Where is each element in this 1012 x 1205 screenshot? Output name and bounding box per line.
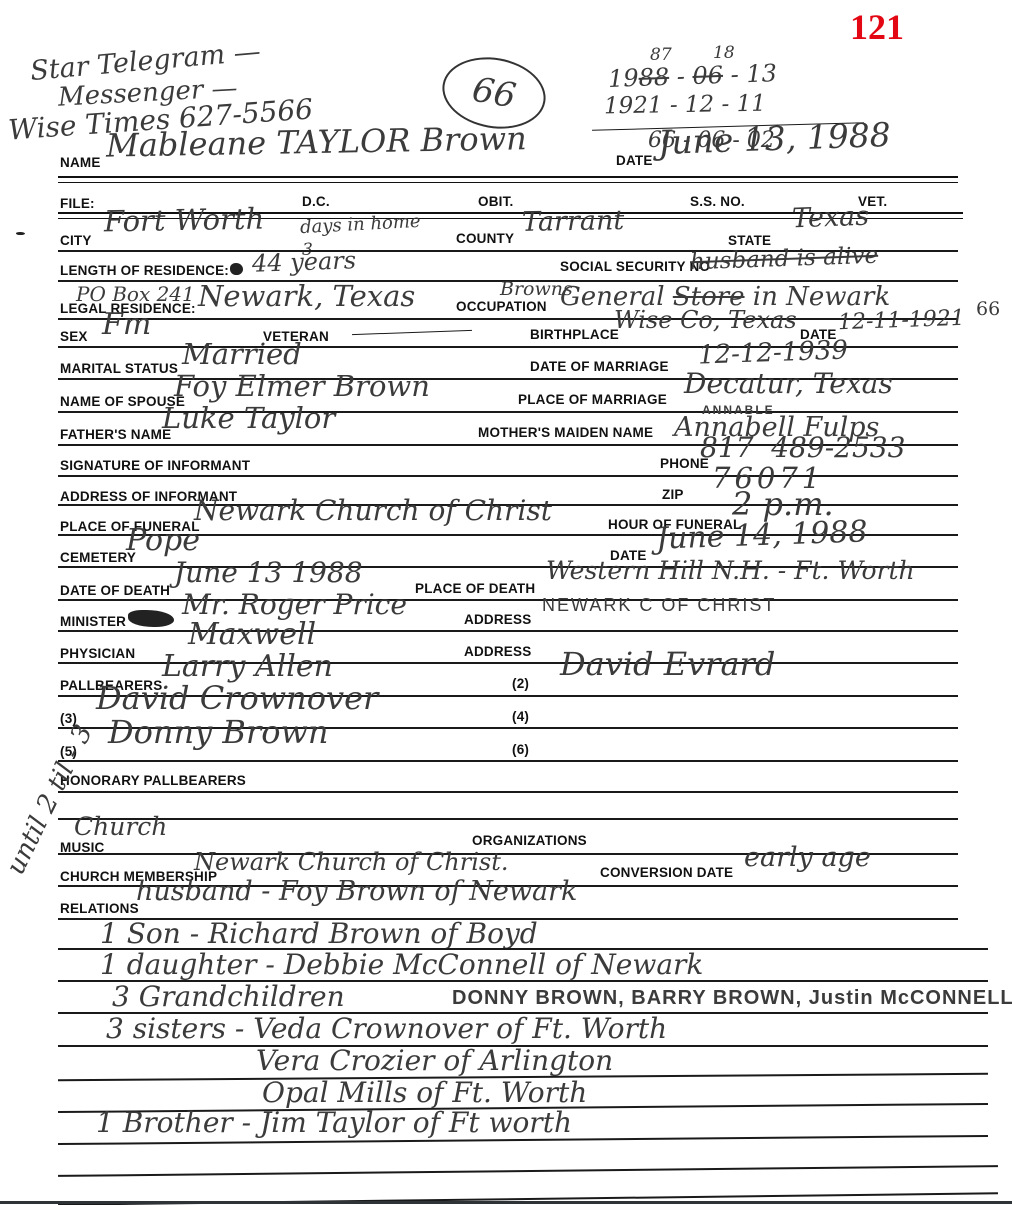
veteran-dash xyxy=(352,330,472,335)
date-label: DATE xyxy=(616,153,653,168)
minister-value: Mr. Roger Price xyxy=(182,591,407,619)
birthdate-value: 12-11-1921 xyxy=(838,308,966,334)
relation-grandchildren-script: 3 Grandchildren xyxy=(112,983,345,1011)
cemetery-value: Pope xyxy=(126,526,200,556)
relation-sisters: 3 sisters - Veda Crownover of Ft. Worth xyxy=(106,1015,667,1043)
right-margin-number: 66 xyxy=(976,300,1000,319)
date-value: June 13, 1988 xyxy=(657,118,891,159)
phone-value: 817 489-2533 xyxy=(700,434,905,462)
zip-label: ZIP xyxy=(662,487,684,502)
ssno-label: S.S. NO. xyxy=(690,194,745,209)
circled-number-text: 66 xyxy=(470,73,519,114)
length-of-residence-label: LENGTH OF RESIDENCE: xyxy=(60,263,229,278)
calc-minuend-pre: 19 xyxy=(608,64,640,93)
relation-sister-vera: Vera Crozier of Arlington xyxy=(256,1047,613,1075)
relation-brother: 1 Brother - Jim Taylor of Ft worth xyxy=(96,1109,572,1137)
physician-label: PHYSICIAN xyxy=(60,646,135,661)
calc-borrow-year: 87 xyxy=(650,47,672,64)
state-value: Texas xyxy=(792,203,870,233)
name-label: NAME xyxy=(60,155,101,170)
city-value: Fort Worth xyxy=(104,205,265,237)
minister-label: MINISTER xyxy=(60,614,126,629)
birthplace-label: BIRTHPLACE xyxy=(530,327,619,342)
pallbearer-3-value: David Crownover xyxy=(96,682,378,714)
name-value: Mableane TAYLOR Brown xyxy=(106,122,527,161)
conversion-date-label: CONVERSION DATE xyxy=(600,865,733,880)
county-label: COUNTY xyxy=(456,231,514,246)
spouse-value: Foy Elmer Brown xyxy=(174,372,430,401)
page-number: 121 xyxy=(850,6,904,48)
place-of-funeral-value: Newark Church of Christ xyxy=(194,497,552,525)
relation-son: 1 Son - Richard Brown of Boyd xyxy=(100,920,538,948)
name-row-rule xyxy=(58,176,958,183)
minister-address-value: NEWARK C OF CHRIST xyxy=(542,596,776,614)
obit-label: OBIT. xyxy=(478,194,514,209)
sex-label: SEX xyxy=(60,329,88,344)
dc-label: D.C. xyxy=(302,194,330,209)
relations-label: RELATIONS xyxy=(60,901,139,916)
relation-grandchildren-names: DONNY BROWN, BARRY BROWN, Justin McCONNE… xyxy=(452,988,1012,1008)
church-membership-value: Newark Church of Christ. xyxy=(194,850,509,874)
pallbearer-5-value: Donny Brown xyxy=(108,716,328,748)
mothers-maiden-name-label: MOTHER'S MAIDEN NAME xyxy=(478,425,653,440)
date-of-death-label: DATE OF DEATH xyxy=(60,583,170,598)
calc-borrow-month: 18 xyxy=(713,45,735,62)
calc-minuend-post: - 13 xyxy=(723,59,778,89)
informant-signature-label: SIGNATURE OF INFORMANT xyxy=(60,458,250,473)
place-of-marriage-value: Decatur, Texas xyxy=(684,370,893,398)
pallbearer-2-value: David Evrard xyxy=(560,648,775,680)
place-of-death-label: PLACE OF DEATH xyxy=(415,581,535,596)
relation-sister-opal: Opal Mills of Ft. Worth xyxy=(262,1079,587,1107)
blank-rule-2 xyxy=(58,1165,998,1177)
date-of-death-value: June 13 1988 xyxy=(174,559,363,587)
date-of-marriage-label: DATE OF MARRIAGE xyxy=(530,359,669,374)
social-security-note: husband is alive xyxy=(690,245,879,275)
social-security-label: SOCIAL SECURITY NO xyxy=(560,259,710,274)
county-value: Tarrant xyxy=(522,207,625,236)
honorary-row-rule xyxy=(58,791,958,793)
ink-blot xyxy=(230,263,243,275)
calc-subtrahend: 1921 - 12 - 11 xyxy=(604,93,766,119)
pallbearer-2-label: (2) xyxy=(512,676,529,691)
physician-value: Maxwell xyxy=(188,620,316,650)
sex-value: Fm xyxy=(102,310,151,340)
honorary-pallbearers-label: HONORARY PALLBEARERS xyxy=(60,773,246,788)
legal-residence-value: Newark, Texas xyxy=(198,282,415,311)
scribbled-out-word xyxy=(128,610,174,627)
file-label: FILE: xyxy=(60,196,95,211)
organizations-label: ORGANIZATIONS xyxy=(472,833,587,848)
fathers-name-value: Luke Taylor xyxy=(162,404,335,433)
stray-mark xyxy=(16,232,25,235)
birthplace-value: Wise Co, Texas xyxy=(614,308,797,332)
relation-daughter: 1 daughter - Debbie McConnell of Newark xyxy=(100,951,703,979)
date-of-marriage-value: 12-12-1939 xyxy=(698,337,849,368)
music-value: Church xyxy=(74,814,167,839)
legal-row-rule xyxy=(58,318,958,320)
city-note-days: days in home xyxy=(300,213,421,237)
occupation-label: OCCUPATION xyxy=(456,299,547,314)
conversion-date-value: early age xyxy=(744,844,871,871)
calc-minuend-mid: - xyxy=(669,62,693,91)
pallbearer-4-label: (4) xyxy=(512,709,529,724)
pallbearer-1-value: Larry Allen xyxy=(162,652,333,682)
place-of-death-value: Western Hill N.H. - Ft. Worth xyxy=(546,558,915,583)
pallbearers-row3-rule xyxy=(58,760,958,762)
fathers-name-label: FATHER'S NAME xyxy=(60,427,171,442)
calc-minuend-struck-month: 06 xyxy=(692,61,724,90)
cemetery-label: CEMETERY xyxy=(60,550,136,565)
marital-status-value: Married xyxy=(182,340,302,369)
calc-minuend-struck-year: 88 xyxy=(638,63,670,92)
calc-minuend: 1988 - 06 - 13 xyxy=(608,61,778,91)
blank-rule-1 xyxy=(58,818,958,820)
relation-husband: husband - Foy Brown of Newark xyxy=(136,878,577,905)
cemetery-date-value: June 14, 1988 xyxy=(656,517,868,554)
marital-status-label: MARITAL STATUS xyxy=(60,361,178,376)
minister-address-label: ADDRESS xyxy=(464,612,531,627)
physician-address-label: ADDRESS xyxy=(464,644,531,659)
length-of-residence-value: 44 years xyxy=(252,248,357,276)
place-of-marriage-label: PLACE OF MARRIAGE xyxy=(518,392,667,407)
city-label: CITY xyxy=(60,233,92,248)
scan-bottom-edge xyxy=(0,1201,1012,1204)
pallbearer-6-label: (6) xyxy=(512,742,529,757)
scanned-funeral-record-form: 121 Star Telegram — Messenger — Wise Tim… xyxy=(0,0,1012,1205)
